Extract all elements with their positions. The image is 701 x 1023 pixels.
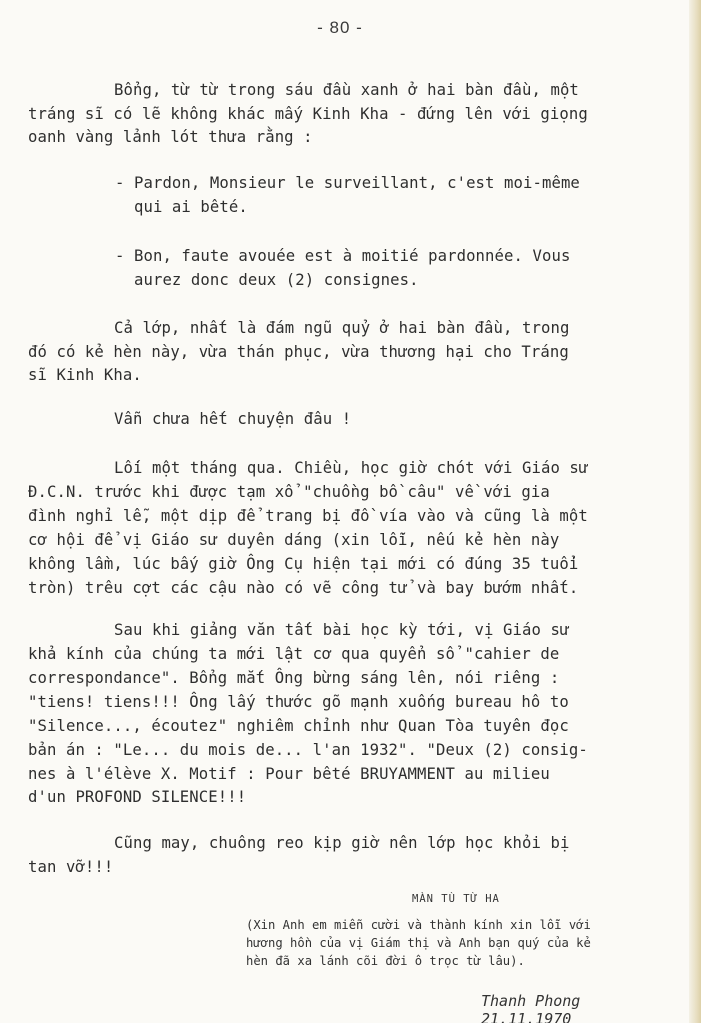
text-line: Cả lớp, nhất là đám ngũ quỷ ở hai bàn đầ… [114,317,569,339]
page-edge-shadow [689,0,701,1023]
text-line: không lầm, lúc bấy giờ Ông Cụ hiện tại m… [28,553,578,575]
text-line: khả kính của chúng ta mới lật cơ qua quy… [28,643,559,665]
text-line: tròn) trêu cợt các cậu nào có vẽ công tử… [28,577,578,599]
text-line: Bổng, từ từ trong sáu đầu xanh ở hai bàn… [114,79,579,101]
text-line: Sau khi giảng văn tất bài học kỳ tới, vị… [114,619,569,641]
text-line: aurez donc deux (2) consignes. [115,269,419,291]
text-line: "Silence..., écoutez" nghiêm chỉnh như Q… [28,715,569,737]
text-line: đó có kẻ hèn này, vừa thán phục, vừa thư… [28,341,569,363]
text-line: tan vỡ!!! [28,856,113,878]
page-number: - 80 - [0,18,680,38]
text-line: qui ai bêté. [115,196,248,218]
text-line: Vẫn chưa hết chuyện đâu ! [114,408,351,430]
author-name: MÀN TÙ TỪ HA [412,893,500,905]
text-line: nes à l'élève X. Motif : Pour bêté BRUYA… [28,763,550,785]
text-line: Lối một tháng qua. Chiều, học giờ chót v… [114,457,588,479]
text-line: - Pardon, Monsieur le surveillant, c'est… [115,172,580,194]
text-line: đình nghỉ lễ, một dịp để trang bị đồ vía… [28,505,588,527]
text-line: "tiens! tiens!!! Ông lấy thước gõ mạnh x… [28,691,569,713]
text-line: correspondance". Bổng mắt Ông bừng sáng … [28,667,559,689]
text-line: oanh vàng lảnh lót thưa rằng : [28,126,313,148]
text-line: Cũng may, chuông reo kịp giờ nên lớp học… [114,832,569,854]
text-line: d'un PROFOND SILENCE!!! [28,786,246,808]
note-line: (Xin Anh em miễn cười và thành kính xin … [246,917,591,934]
note-line: hèn đã xa lánh cõi đời ô trọc từ lâu). [246,953,525,970]
note-line: hương hồn của vị Giám thị và Anh bạn quý… [246,935,591,952]
text-line: sĩ Kinh Kha. [28,364,142,386]
text-line: - Bon, faute avouée est à moitié pardonn… [115,245,570,267]
text-line: Đ.C.N. trước khi được tạm xổ "chuồng bồ … [28,481,550,503]
signature-date: 21.11.1970 [481,1009,571,1023]
text-line: cơ hội để vị Giáo sư duyên dáng (xin lỗi… [28,529,559,551]
text-line: tráng sĩ có lẽ không khác mấy Kinh Kha -… [28,103,588,125]
text-line: bản án : "Le... du mois de... l'an 1932"… [28,739,588,761]
signature-name: Thanh Phong [481,991,580,1011]
